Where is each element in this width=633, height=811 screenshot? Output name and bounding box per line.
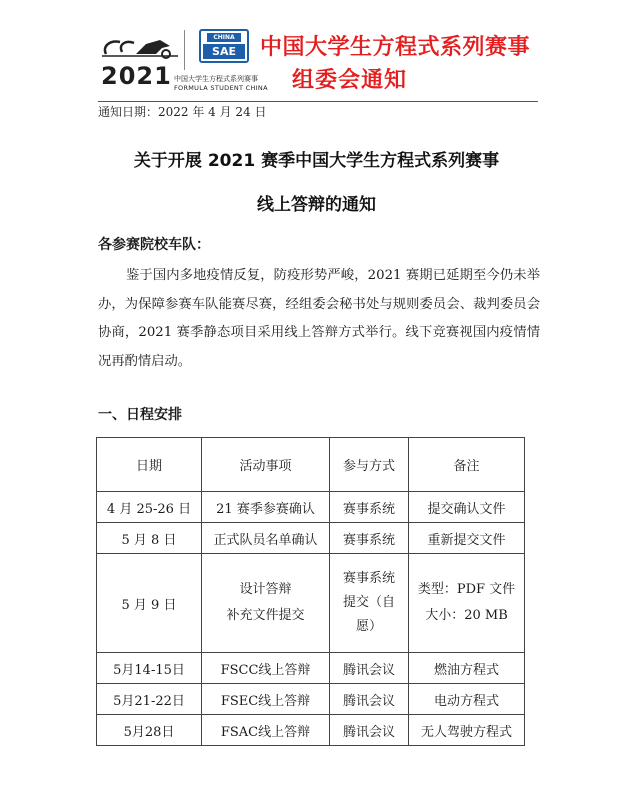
cell-method: 腾讯会议 xyxy=(330,653,409,684)
cell-date: 5 月 8 日 xyxy=(97,523,202,554)
cell-method-line: 赛事系统 xyxy=(334,567,404,591)
table-row: 5月28日 FSAC线上答辩 腾讯会议 无人驾驶方程式 xyxy=(97,715,525,746)
salutation: 各参赛院校车队： xyxy=(98,234,210,254)
document-title-line2: 线上答辩的通知 xyxy=(0,190,633,215)
letterhead: 2021 中国大学生方程式系列赛事 FORMULA STUDENT CHINA … xyxy=(0,0,633,100)
header-note: 备注 xyxy=(409,438,525,492)
logo-year: 2021 xyxy=(101,62,172,90)
logo-divider xyxy=(184,30,185,70)
cell-activity-line: 补充文件提交 xyxy=(206,603,325,629)
cell-activity: FSAC线上答辩 xyxy=(202,715,330,746)
cell-date: 5月28日 xyxy=(97,715,202,746)
cell-note: 燃油方程式 xyxy=(409,653,525,684)
cell-method-line: 提交（自 xyxy=(334,591,404,615)
table-row: 5 月 9 日 设计答辩 补充文件提交 赛事系统 提交（自 愿） 类型：PDF … xyxy=(97,554,525,653)
table-row: 5月21-22日 FSEC线上答辩 腾讯会议 电动方程式 xyxy=(97,684,525,715)
body-paragraph: 鉴于国内多地疫情反复，防疫形势严峻，2021 赛期已延期至今仍未举办，为保障参赛… xyxy=(98,262,540,376)
cell-note: 类型：PDF 文件 大小：20 MB xyxy=(409,554,525,653)
cell-activity: 正式队员名单确认 xyxy=(202,523,330,554)
cell-method: 赛事系统 xyxy=(330,523,409,554)
table-header-row: 日期 活动事项 参与方式 备注 xyxy=(97,438,525,492)
cell-activity-line: 设计答辩 xyxy=(206,577,325,603)
cell-note: 电动方程式 xyxy=(409,684,525,715)
sae-logo-top: CHINA xyxy=(207,33,241,42)
cell-note-line: 大小：20 MB xyxy=(413,603,520,629)
race-car-logo-icon xyxy=(100,30,180,60)
organizer-title-line2: 组委会通知 xyxy=(292,63,407,94)
cell-activity: FSEC线上答辩 xyxy=(202,684,330,715)
table-row: 4 月 25-26 日 21 赛季参赛确认 赛事系统 提交确认文件 xyxy=(97,492,525,523)
cell-date: 5月21-22日 xyxy=(97,684,202,715)
cell-activity: 设计答辩 补充文件提交 xyxy=(202,554,330,653)
cell-note: 重新提交文件 xyxy=(409,523,525,554)
china-sae-logo: CHINA SAE xyxy=(199,29,249,63)
cell-activity: 21 赛季参赛确认 xyxy=(202,492,330,523)
table-row: 5 月 8 日 正式队员名单确认 赛事系统 重新提交文件 xyxy=(97,523,525,554)
cell-date: 5 月 9 日 xyxy=(97,554,202,653)
table-row: 5月14-15日 FSCC线上答辩 腾讯会议 燃油方程式 xyxy=(97,653,525,684)
cell-method: 赛事系统 提交（自 愿） xyxy=(330,554,409,653)
cell-method: 腾讯会议 xyxy=(330,684,409,715)
sae-logo-main: SAE xyxy=(203,44,245,59)
notice-date: 通知日期：2022 年 4 月 24 日 xyxy=(98,101,538,120)
logo-subtitle-en: FORMULA STUDENT CHINA xyxy=(174,84,268,92)
document-title-line1: 关于开展 2021 赛季中国大学生方程式系列赛事 xyxy=(0,146,633,171)
cell-method-line: 愿） xyxy=(334,615,404,639)
header-method: 参与方式 xyxy=(330,438,409,492)
organizer-title-line1: 中国大学生方程式系列赛事 xyxy=(260,30,530,61)
cell-note: 无人驾驶方程式 xyxy=(409,715,525,746)
cell-method: 赛事系统 xyxy=(330,492,409,523)
cell-note: 提交确认文件 xyxy=(409,492,525,523)
cell-activity: FSCC线上答辩 xyxy=(202,653,330,684)
cell-date: 4 月 25-26 日 xyxy=(97,492,202,523)
cell-date: 5月14-15日 xyxy=(97,653,202,684)
header-date: 日期 xyxy=(97,438,202,492)
header-activity: 活动事项 xyxy=(202,438,330,492)
schedule-table: 日期 活动事项 参与方式 备注 4 月 25-26 日 21 赛季参赛确认 赛事… xyxy=(96,437,525,746)
cell-method: 腾讯会议 xyxy=(330,715,409,746)
section-heading-schedule: 一、日程安排 xyxy=(98,404,182,424)
cell-note-line: 类型：PDF 文件 xyxy=(413,577,520,603)
logo-subtitle-cn: 中国大学生方程式系列赛事 xyxy=(174,74,258,84)
